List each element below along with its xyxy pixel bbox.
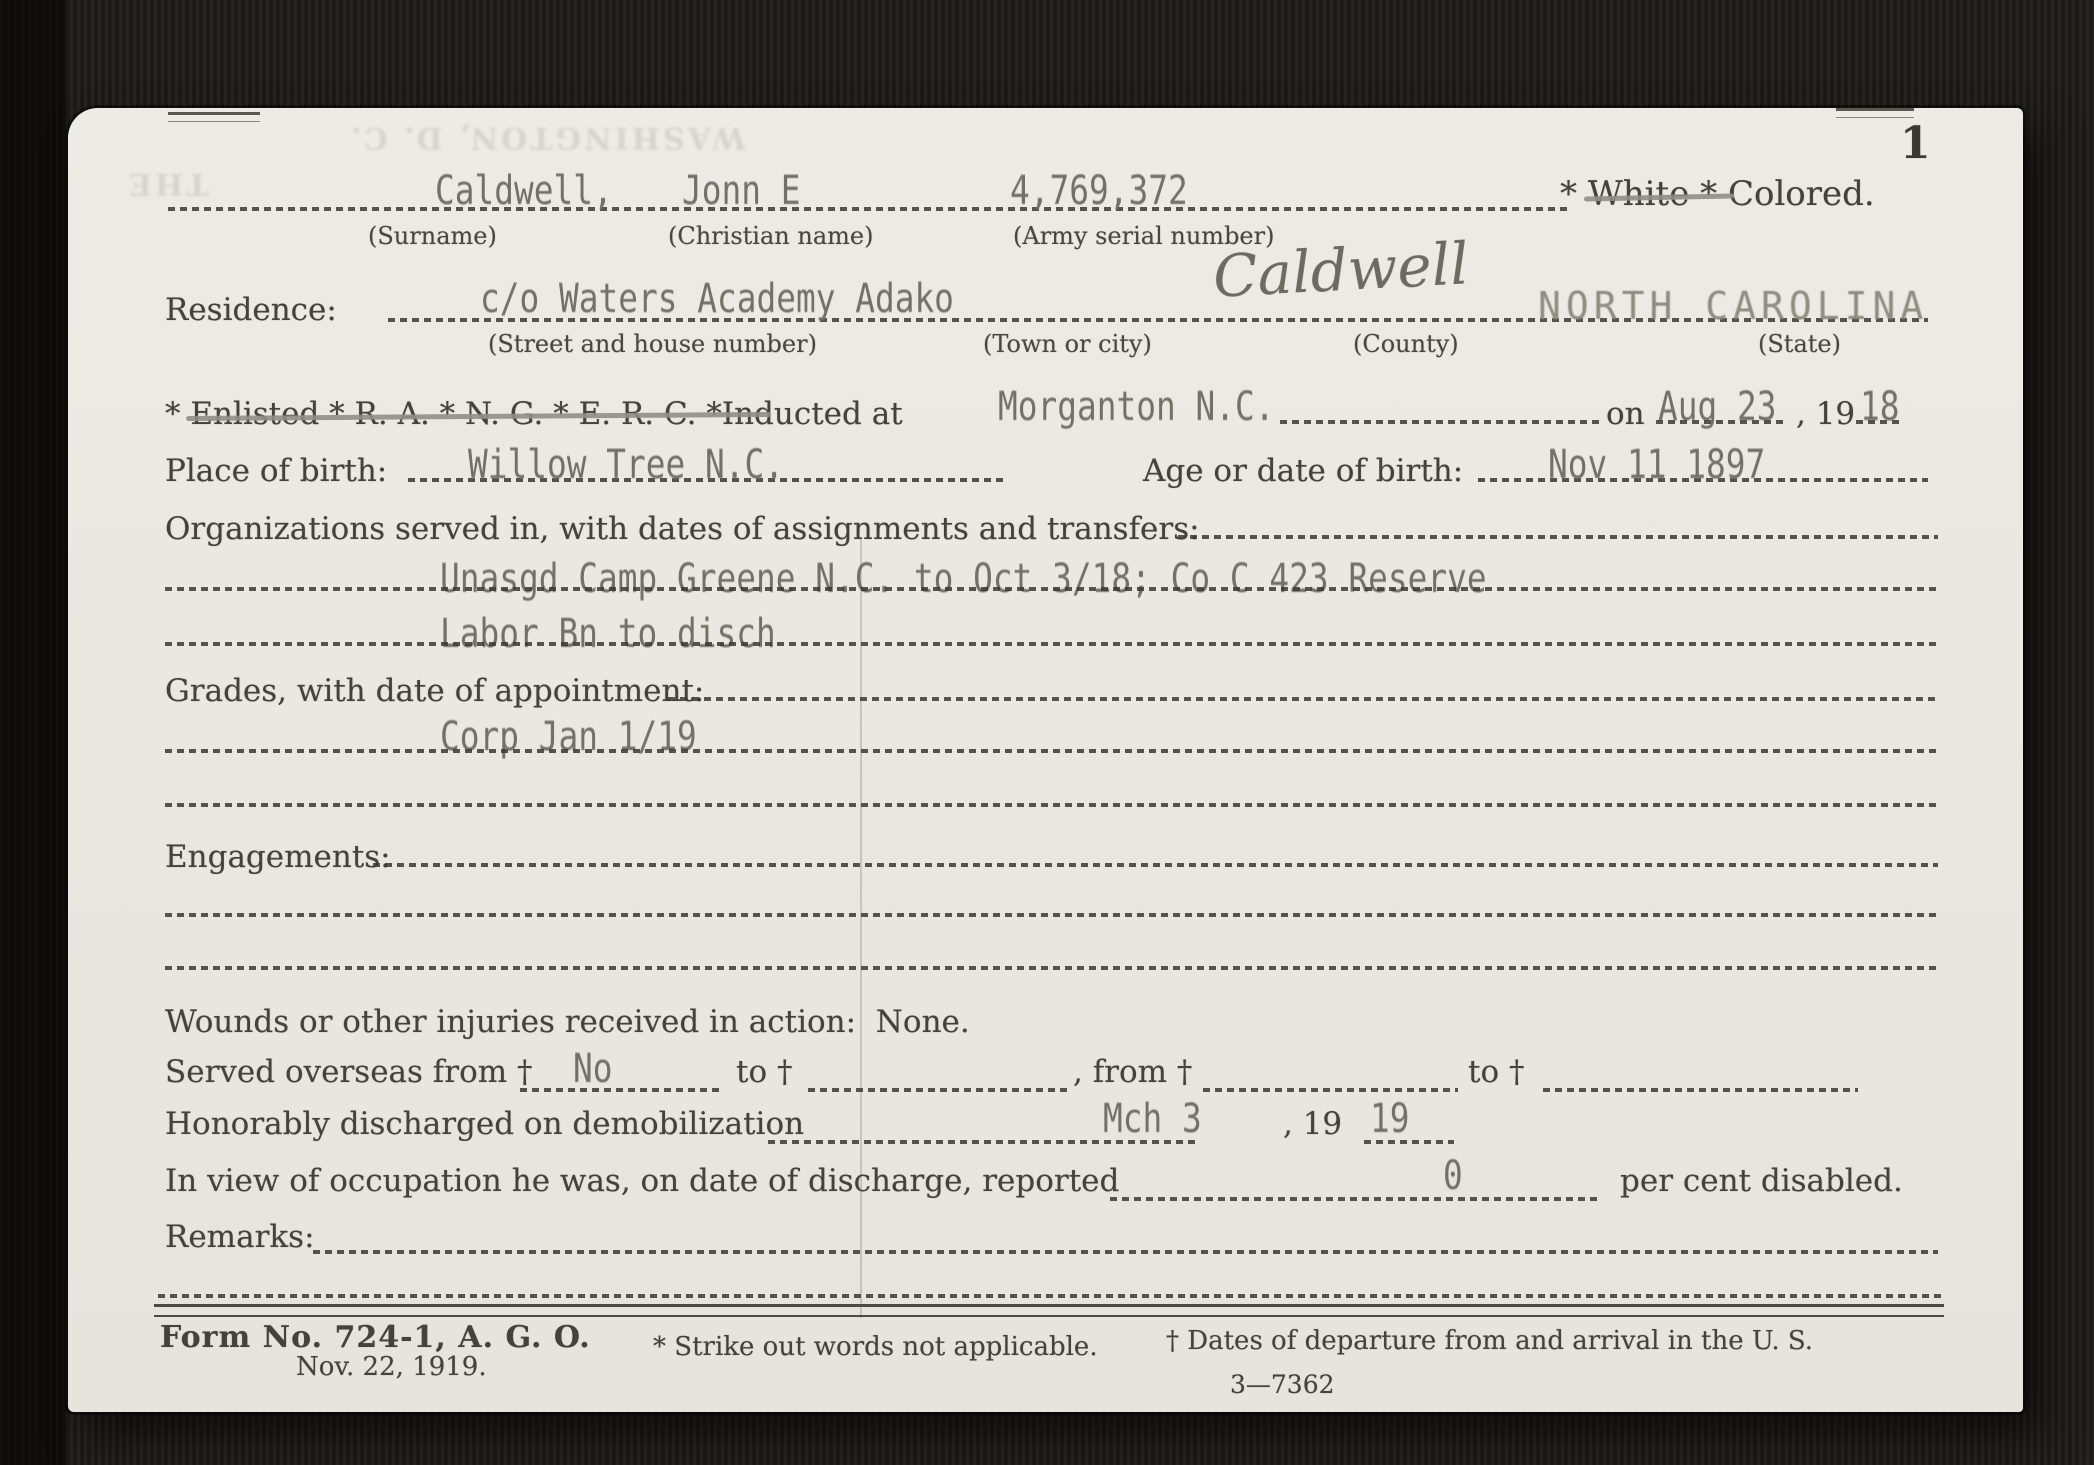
ghost-bleedthrough-text: WASHINGTON, D. C. [348, 120, 746, 155]
organizations-label: Organizations served in, with dates of a… [165, 511, 1200, 547]
discharge-year-prefix: , 19 [1283, 1106, 1342, 1142]
place-of-birth-label: Place of birth: [165, 453, 387, 489]
organizations-line2-value: Labor Bn to disch [440, 611, 776, 657]
dashed-line [158, 1294, 1943, 1298]
corner-tick-mark [1836, 108, 1914, 118]
dashed-line [808, 1088, 1068, 1092]
dashed-line [1110, 1197, 1600, 1201]
overseas-to1-label: to † [736, 1054, 792, 1090]
dashed-line [1856, 420, 1904, 424]
dashed-line [520, 1088, 720, 1092]
grades-line1-value: Corp Jan 1/19 [440, 714, 697, 760]
disability-percent-value: 0 [1443, 1153, 1463, 1199]
dashed-line [168, 207, 1568, 211]
page-number: 1 [1900, 118, 1931, 169]
dashed-line [1203, 1088, 1458, 1092]
discharge-label: Honorably discharged on demobilization [165, 1106, 804, 1142]
form-date: Nov. 22, 1919. [296, 1352, 487, 1382]
dashed-line [165, 803, 1940, 807]
wounds-line: Wounds or other injuries received in act… [165, 1004, 970, 1040]
dashed-line [313, 1250, 1938, 1254]
christian-name-label: (Christian name) [668, 222, 873, 250]
state-stamp-value: NORTH CAROLINA [1538, 284, 1928, 328]
surname-label: (Surname) [368, 222, 497, 250]
dashed-line [165, 587, 1940, 591]
asterisk: * [1560, 174, 1588, 214]
dashed-line [165, 642, 1940, 646]
strike-out-note: * Strike out words not applicable. [653, 1332, 1098, 1362]
served-overseas-value: No [573, 1046, 613, 1092]
wounds-value: None. [876, 1004, 970, 1040]
overseas-to2-label: to † [1468, 1054, 1524, 1090]
race-colored-option: Colored. [1728, 174, 1875, 214]
discharge-year-value: 19 [1370, 1096, 1410, 1142]
dashed-line [165, 966, 1940, 970]
dashed-line [165, 913, 1940, 917]
dashed-line [165, 749, 1940, 753]
discharge-date-value: Mch 3 [1103, 1096, 1202, 1142]
state-label: (State) [1758, 330, 1841, 358]
disability-label: In view of occupation he was, on date of… [165, 1163, 1119, 1199]
age-or-birthdate-value: Nov 11 1897 [1548, 442, 1765, 488]
dashed-line [1178, 535, 1938, 539]
remarks-label: Remarks: [165, 1219, 315, 1255]
dashed-line [668, 697, 1938, 701]
overseas-from2-label: , from † [1073, 1054, 1192, 1090]
county-label: (County) [1353, 330, 1459, 358]
wounds-label: Wounds or other injuries received in act… [165, 1004, 856, 1040]
served-overseas-label: Served overseas from † [165, 1054, 533, 1090]
street-value: c/o Waters Academy Adako [480, 276, 954, 322]
dashed-line [373, 863, 1938, 867]
scanned-document-page: WASHINGTON, D. C. THE 1 Caldwell, Jonn E… [0, 0, 2094, 1465]
residence-label: Residence: [165, 292, 337, 328]
ghost-bleedthrough-text: THE [126, 166, 209, 201]
year-19-prefix: , 19 [1796, 396, 1855, 432]
print-code: 3—7362 [1230, 1370, 1335, 1399]
surname-value: Caldwell, [435, 168, 613, 214]
service-record-card: WASHINGTON, D. C. THE 1 Caldwell, Jonn E… [68, 108, 2023, 1412]
double-rule [154, 1304, 1944, 1317]
engagements-label: Engagements: [165, 839, 391, 875]
dashed-line [1364, 1140, 1454, 1144]
age-or-birthdate-label: Age or date of birth: [1143, 453, 1463, 489]
dagger-note: † Dates of departure from and arrival in… [1166, 1326, 1813, 1356]
dashed-line [1280, 420, 1600, 424]
dashed-line [1543, 1088, 1858, 1092]
paper-crease [860, 538, 862, 1318]
christian-name-value: Jonn E [682, 168, 800, 214]
corner-tick-mark [168, 112, 260, 122]
town-label: (Town or city) [983, 330, 1152, 358]
on-label: on [1606, 396, 1645, 432]
county-handwritten-value: Caldwell [1211, 229, 1470, 310]
street-label: (Street and house number) [488, 330, 817, 358]
induction-place-value: Morganton N.C. [998, 384, 1274, 430]
disability-suffix-label: per cent disabled. [1620, 1163, 1903, 1199]
place-of-birth-value: Willow Tree N.C. [468, 442, 784, 488]
form-number: Form No. 724-1, A. G. O. [160, 1320, 591, 1355]
grades-label: Grades, with date of appointment: [165, 673, 704, 709]
army-serial-number-value: 4,769,372 [1010, 168, 1188, 214]
organizations-line1-value: Unasgd Camp Greene N.C. to Oct 3/18; Co … [440, 556, 1487, 602]
dashed-line [1656, 420, 1786, 424]
